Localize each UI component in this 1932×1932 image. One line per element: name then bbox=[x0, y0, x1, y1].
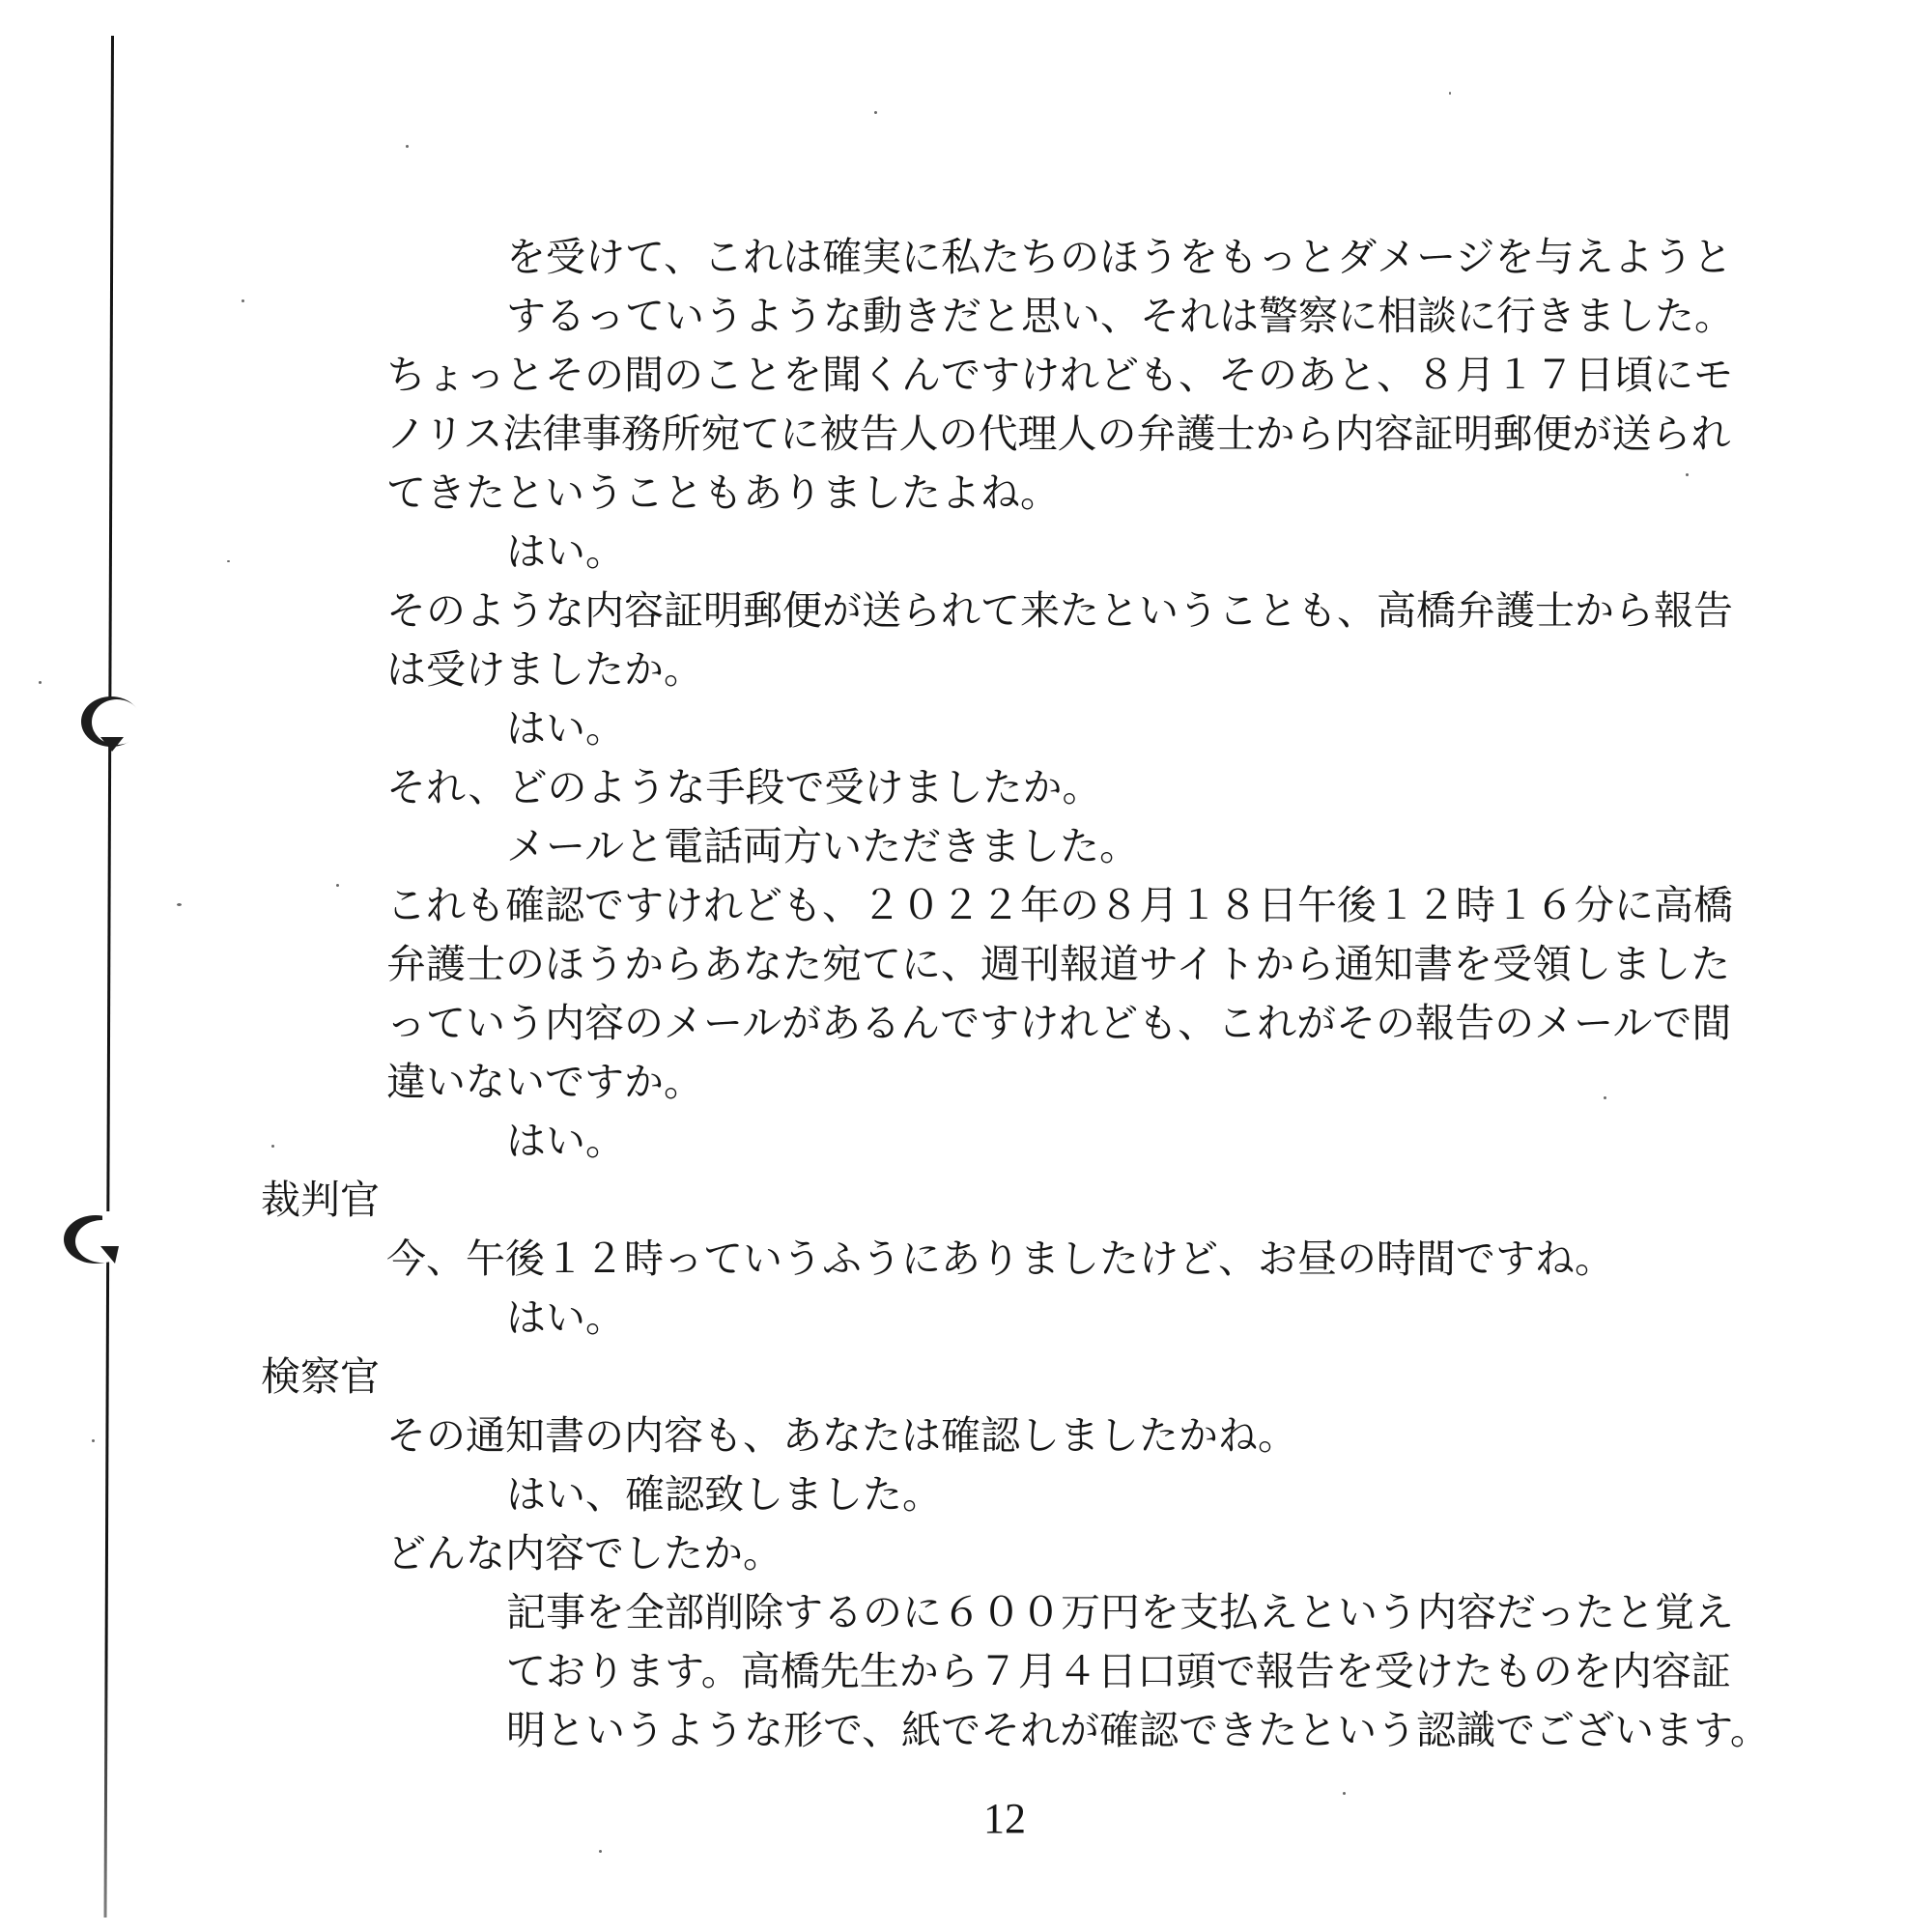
transcript-line: それ、どのような手段で受けましたか。 bbox=[386, 758, 1932, 817]
transcript-line: 違いないですか。 bbox=[386, 1053, 1932, 1112]
transcript-line: これも確認ですけれども、２０２２年の８月１８日午後１２時１６分に高橋 bbox=[386, 876, 1932, 935]
transcript-line: ちょっとその間のことを聞くんですけれども、そのあと、８月１７日頃にモ bbox=[386, 346, 1932, 405]
transcript-line: 明というような形で、紙でそれが確認できたという認識でございます。 bbox=[506, 1701, 1932, 1760]
transcript-line: その通知書の内容も、あなたは確認しましたかね。 bbox=[386, 1406, 1932, 1465]
transcript-line: そのような内容証明郵便が送られて来たということも、高橋弁護士から報告 bbox=[386, 582, 1932, 640]
transcript-line: は受けましたか。 bbox=[386, 640, 1932, 699]
transcript-line: 弁護士のほうからあなた宛てに、週刊報道サイトから通知書を受領しました bbox=[386, 935, 1932, 994]
transcript-line: てきたということもありましたよね。 bbox=[386, 464, 1932, 523]
transcript-line: 記事を全部削除するのに６００万円を支払えという内容だったと覚え bbox=[506, 1583, 1932, 1642]
speaker-label-prosecutor: 検察官 bbox=[261, 1348, 1932, 1406]
transcript-line: メールと電話両方いただきました。 bbox=[506, 817, 1932, 876]
transcript-line: はい。 bbox=[506, 699, 1932, 758]
transcript-line: するっていうような動きだと思い、それは警察に相談に行きました。 bbox=[506, 287, 1932, 346]
transcript-line: どんな内容でしたか。 bbox=[386, 1524, 1932, 1583]
speaker-label-judge: 裁判官 bbox=[261, 1171, 1932, 1230]
transcript-body: を受けて、これは確実に私たちのほうをもっとダメージを与えようと するっていうよう… bbox=[0, 0, 1932, 1848]
transcript-line: っていう内容のメールがあるんですけれども、これがその報告のメールで間 bbox=[386, 994, 1932, 1053]
transcript-line: はい。 bbox=[506, 1289, 1932, 1348]
transcript-line: を受けて、これは確実に私たちのほうをもっとダメージを与えようと bbox=[506, 228, 1932, 287]
transcript-line: はい。 bbox=[506, 1112, 1932, 1171]
document-page: を受けて、これは確実に私たちのほうをもっとダメージを与えようと するっていうよう… bbox=[0, 0, 1932, 1932]
transcript-line: ております。高橋先生から７月４日口頭で報告を受けたものを内容証 bbox=[506, 1642, 1932, 1701]
page-number: 12 bbox=[0, 1789, 1932, 1848]
transcript-line: はい、確認致しました。 bbox=[506, 1465, 1932, 1524]
transcript-line: はい。 bbox=[506, 523, 1932, 582]
scan-speck bbox=[599, 1850, 602, 1853]
transcript-line: 今、午後１２時っていうふうにありましたけど、お昼の時間ですね。 bbox=[386, 1230, 1932, 1289]
transcript-line: ノリス法律事務所宛てに被告人の代理人の弁護士から内容証明郵便が送られ bbox=[386, 405, 1932, 464]
